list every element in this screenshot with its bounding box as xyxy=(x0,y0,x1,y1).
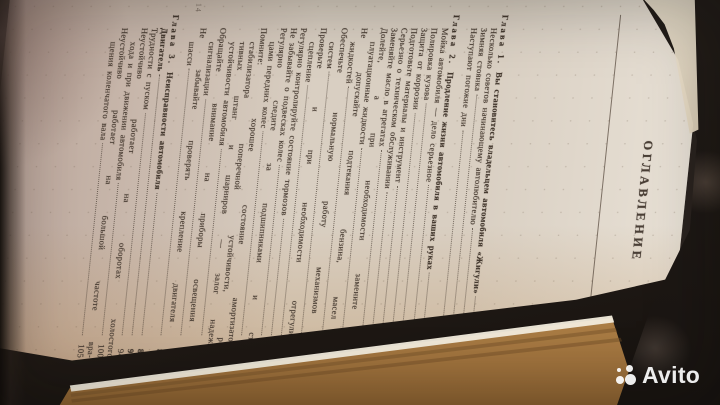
toc-page-number: 80 xyxy=(234,338,246,358)
toc-page-number: 19 xyxy=(375,338,387,358)
toc-page-number: 38 xyxy=(275,338,287,358)
avito-watermark-text: Avito xyxy=(642,362,700,389)
toc-heading: ОГЛАВЛЕНИЕ xyxy=(618,15,669,358)
toc-page-number: 84 xyxy=(154,338,166,358)
toc-page-number: 30 xyxy=(335,338,347,358)
heading-rule xyxy=(584,15,621,358)
toc-page-number: 100 xyxy=(95,338,107,358)
toc-page-number: 13 xyxy=(415,338,427,358)
toc-page-number: 22 xyxy=(365,338,377,358)
toc-page-number: 67 xyxy=(265,338,277,358)
book-page: 14 ОГЛАВЛЕНИЕ Глава 1.Вы становитесь вла… xyxy=(0,0,707,405)
toc-page-number: 11 xyxy=(434,338,446,358)
book-photo: 14 ОГЛАВЛЕНИЕ Глава 1.Вы становитесь вла… xyxy=(0,0,720,405)
toc-page-number: 29 xyxy=(355,338,367,358)
toc-page-number: 94 xyxy=(115,338,127,358)
toc-page-number: 37 xyxy=(295,338,307,358)
toc-page-number: 91 xyxy=(125,338,137,358)
avito-logo-icon xyxy=(616,364,637,387)
toc-page-number: 9 xyxy=(444,338,456,358)
toc-page-number: 89 xyxy=(135,338,147,358)
toc-list: Глава 1.Вы становитесь владельцем автомо… xyxy=(75,15,511,358)
toc-page-number: 4 xyxy=(454,338,466,358)
toc-page-number: 34 xyxy=(315,338,327,358)
toc-page-number: 105 xyxy=(75,338,87,358)
toc-page-number: 70 xyxy=(255,338,267,358)
toc-page-number: 15 xyxy=(405,338,417,358)
avito-watermark: Avito xyxy=(616,362,700,389)
leader-dots xyxy=(471,297,476,335)
toc-page-number: 16 xyxy=(395,338,407,358)
page-folio: 14 xyxy=(193,3,203,13)
toc-page-number: 18 xyxy=(385,338,397,358)
toc-page-number: 3 xyxy=(464,338,476,358)
toc-page-number: 81 xyxy=(194,338,206,358)
toc-page-number: 83 xyxy=(174,338,186,358)
